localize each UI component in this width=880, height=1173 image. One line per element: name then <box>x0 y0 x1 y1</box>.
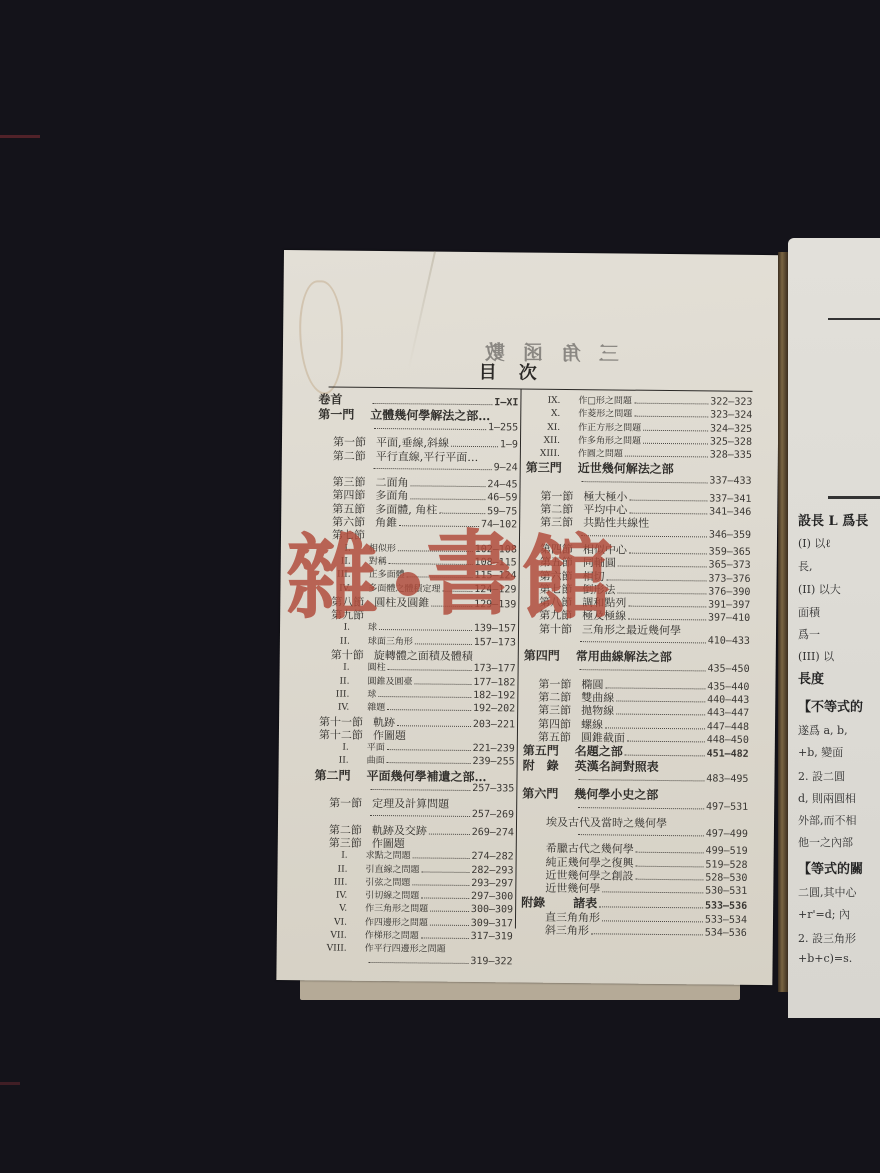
toc-entry-pages: 359—365 <box>709 546 751 557</box>
toc-entry: 第六門幾何學小史之部 <box>522 785 748 802</box>
toc-entry-pages: 519—528 <box>705 859 747 870</box>
toc-entry-title: 圓柱 <box>368 660 386 673</box>
leader-dots <box>431 605 472 606</box>
facing-page-line: (III) 以 <box>798 648 834 664</box>
toc-entry-title: 球 <box>367 687 376 700</box>
toc-entry-title: 作四邊形之問題 <box>365 915 428 929</box>
page-title: 目 次 <box>479 358 539 385</box>
toc-entry-title: 對稱 <box>369 554 387 567</box>
toc-entry-label: II. <box>315 756 349 766</box>
toc-entry-label: 附 錄 <box>523 757 563 774</box>
toc-entry-pages: 443—447 <box>707 708 749 719</box>
toc-entry-label: 第十節 <box>524 620 572 637</box>
background-streak <box>0 135 40 138</box>
toc-entry-title: 圓柱及圓錐 <box>374 594 429 611</box>
leader-dots <box>580 669 706 671</box>
facing-page-line: 【等式的關 <box>798 858 863 877</box>
toc-entry-pages: 139—157 <box>474 623 516 634</box>
leader-dots <box>582 482 708 484</box>
toc-entry-label: V. <box>313 904 347 914</box>
toc-entry-label: VII. <box>313 930 347 940</box>
leader-dots <box>643 429 708 431</box>
leader-dots <box>599 906 703 908</box>
facing-page-line: 遂爲 a, b, <box>798 722 848 738</box>
toc-entry-label: IV. <box>315 703 349 713</box>
toc-entry-label: XI. <box>526 422 560 432</box>
toc-entry-label: 第一門 <box>318 405 358 422</box>
toc-entry: 第三門近世幾何解法之部 <box>526 459 752 476</box>
toc-entry-title: 相似形 <box>369 541 396 554</box>
toc-entry-pages: 309—317 <box>471 918 513 929</box>
toc-entry-title: 曲面 <box>367 753 385 766</box>
toc-entry-pages: 346—359 <box>709 529 751 540</box>
toc-entry: 第四門常用曲線解法之部 <box>524 647 750 664</box>
leader-dots <box>387 749 471 751</box>
toc-entry: V.作三角形之問題300—309 <box>313 901 513 916</box>
toc-entry-title: 斜三角形 <box>545 922 589 938</box>
toc-entry-label: 第十二節 <box>315 726 363 743</box>
toc-column-left: 卷首I—XI第一門立體幾何學解法之部…1—255第一節平面,垂線,斜線1—9第二… <box>312 390 518 969</box>
toc-entry-label: I. <box>314 851 348 861</box>
toc-entry-title: 正多面體 <box>369 567 405 580</box>
toc-entry-pages: 448—450 <box>707 734 749 745</box>
toc-entry-title: 定理及計算問題 <box>372 795 449 812</box>
leader-dots <box>625 456 708 458</box>
toc-entry-pages: 499—519 <box>706 846 748 857</box>
toc-entry: X.作菱形之問題323—324 <box>526 406 752 422</box>
leader-dots <box>374 428 486 430</box>
toc-entry-title: 平行直線,平行平面… <box>376 448 479 465</box>
toc-entry-pages: 257—269 <box>472 809 514 820</box>
toc-entry-label: III. <box>313 877 347 887</box>
toc-entry: III.球182—192 <box>315 686 515 701</box>
toc-entry-pages: 300—309 <box>471 904 513 915</box>
toc-entry-title: 近世幾何解法之部 <box>578 460 674 478</box>
toc-entry-title: 圓錐及圓臺 <box>367 674 412 687</box>
toc-entry: XI.作正方形之問題324—325 <box>526 419 752 435</box>
toc-entry-pages: 239—255 <box>472 756 514 767</box>
leader-dots <box>430 924 469 925</box>
leader-dots <box>429 833 470 834</box>
toc-entry-pages: 323—324 <box>710 410 752 421</box>
facing-page-line: d, 則兩圓相 <box>798 790 856 806</box>
toc-entry: II.引直線之問題282—293 <box>313 861 513 876</box>
toc-entry-label: 第二門 <box>314 766 354 783</box>
toc-entry-label: VIII. <box>313 944 347 954</box>
toc-entry-title: 多面體之體積定理 <box>368 580 440 594</box>
leader-dots <box>625 755 705 757</box>
leader-dots <box>421 898 469 900</box>
toc-page: 三角函數 目 次 卷首I—XI第一門立體幾何學解法之部…1—255第一節平面,垂… <box>276 250 780 985</box>
toc-entry-title: 幾何學小史之部 <box>574 785 658 803</box>
toc-entry-pages: 391—397 <box>708 600 750 611</box>
facing-page-line: 長度 <box>798 668 824 687</box>
leader-dots <box>369 962 469 964</box>
toc-entry-pages: 102—108 <box>475 544 517 555</box>
leader-dots <box>388 669 472 671</box>
toc-entry-pages: 182—192 <box>473 690 515 701</box>
toc-entry-pages: 451—482 <box>707 749 749 760</box>
toc-entry-label: 第七節 <box>317 527 365 544</box>
toc-entry-pages: 46—59 <box>487 493 517 504</box>
toc-entry-pages: 528—530 <box>705 872 747 883</box>
toc-entry-label: I. <box>315 742 349 752</box>
leader-dots <box>430 911 469 912</box>
leader-dots <box>370 815 470 817</box>
facing-page-line: +r'=d; 內 <box>798 906 850 922</box>
toc-entry-pages: 497—499 <box>706 828 748 839</box>
leader-dots <box>421 937 469 939</box>
toc-entry-title: 雜題 <box>367 700 385 713</box>
toc-entry: VI.作四邊形之問題309—317 <box>313 914 513 929</box>
leader-dots <box>398 550 473 552</box>
toc-entry-pages: 282—293 <box>471 864 513 875</box>
toc-entry-pages: 297—300 <box>471 891 513 902</box>
toc-entry-pages: 483—495 <box>706 774 748 785</box>
toc-entry-label: 第六門 <box>522 785 562 802</box>
leader-dots <box>370 789 470 791</box>
toc-entry-pages: 177—182 <box>473 677 515 688</box>
toc-entry: IV.引切線之問題297—300 <box>313 887 513 902</box>
toc-entry-title: 英漢名詞對照表 <box>575 757 659 775</box>
toc-entry-pages: 337—341 <box>709 493 751 504</box>
toc-entry-label: II. <box>316 636 350 646</box>
toc-entry-pages: 157—173 <box>474 637 516 648</box>
toc-entry-pages: 1—9 <box>500 440 518 451</box>
leader-dots <box>387 709 471 711</box>
leader-dots <box>378 696 471 698</box>
toc-entry-label: I. <box>316 663 350 673</box>
leader-dots <box>372 403 492 405</box>
toc-entry-pages: 325—328 <box>710 436 752 447</box>
toc-entry: VIII.作平行四邊形之問題 <box>313 941 513 956</box>
toc-entry: IX.作□形之問題322—323 <box>526 393 752 409</box>
toc-entry-label: 第二節 <box>318 447 366 464</box>
toc-entry-pages: 435—440 <box>707 681 749 692</box>
toc-entry-pages: 533—536 <box>705 900 747 911</box>
leader-dots <box>578 808 704 810</box>
facing-page-line: (II) 以大 <box>798 581 841 597</box>
toc-entry-title: 引切線之問題 <box>365 888 419 902</box>
toc-entry-title: 常用曲線解法之部 <box>576 647 672 665</box>
toc-entry-label: XII. <box>526 435 560 445</box>
leader-dots <box>414 683 471 685</box>
leader-dots <box>580 641 706 643</box>
leader-dots <box>415 643 472 645</box>
toc-entry-title: 作三角形之問題 <box>365 901 428 915</box>
toc-entry: 第二節平行直線,平行平面… <box>318 447 518 462</box>
leader-dots <box>634 416 708 418</box>
facing-page-line: 【不等式的 <box>798 696 863 715</box>
toc-entry-label: 第九節 <box>316 607 364 624</box>
toc-entry: 埃及古代及當時之幾何學 <box>522 813 748 829</box>
facing-page-line: 面積 <box>798 604 820 620</box>
toc-entry-label: 第一節 <box>314 794 362 811</box>
toc-entry-pages: 1—255 <box>488 422 518 433</box>
toc-entry-title: 埃及古代及當時之幾何學 <box>546 813 667 830</box>
toc-entry: 319—322 <box>312 954 512 969</box>
facing-page: 設長 L 爲長(I) 以ℓ長,(II) 以大面積爲一(III) 以長度【不等式的… <box>788 238 880 1018</box>
toc-entry-title: 球面三角形 <box>368 634 413 647</box>
toc-entry-label: III. <box>315 689 349 699</box>
facing-page-line: (I) 以ℓ <box>798 535 831 551</box>
toc-entry-label: II. <box>315 676 349 686</box>
toc-entry-label: II. <box>317 556 351 566</box>
toc-entry-pages: 376—390 <box>708 586 750 597</box>
toc-entry-label: 第三節 <box>314 834 362 851</box>
leader-dots <box>407 577 473 579</box>
toc-entry-title: 共點性共線性 <box>583 515 649 532</box>
toc-entry-label: XIII. <box>526 449 560 459</box>
book-spine <box>778 252 788 992</box>
toc-entry-label: III. <box>317 570 351 580</box>
toc-entry: 第十節旋轉體之面積及體積 <box>316 646 516 661</box>
toc-entry: XII.作多角形之問題325—328 <box>526 432 752 448</box>
rule <box>828 496 880 499</box>
water-stain <box>298 280 343 394</box>
toc-entry-pages: 497—531 <box>706 802 748 813</box>
toc-entry-label: 第三門 <box>526 459 566 476</box>
facing-page-line: +b+c)=s. <box>798 952 852 965</box>
facing-page-line: 長, <box>798 558 813 574</box>
facing-page-line: 外部,而不相 <box>798 812 857 828</box>
toc-entry-label: IV. <box>313 890 347 900</box>
leader-dots <box>581 535 707 537</box>
toc-entry: VII.作梯形之問題317—319 <box>313 927 513 942</box>
toc-entry-pages: 115—124 <box>474 570 516 581</box>
toc-entry-title: 作梯形之問題 <box>365 928 419 942</box>
toc-entry-label: VI. <box>313 917 347 927</box>
toc-entry-title: 作正方形之問題 <box>578 420 641 434</box>
toc-entry-pages: 337—433 <box>709 476 751 487</box>
page-crease <box>408 251 436 369</box>
toc-entry-pages: 328—335 <box>710 450 752 461</box>
toc-entry-label: 第三節 <box>525 514 573 531</box>
toc-entry-title: 作菱形之問題 <box>578 406 632 420</box>
toc-entry-pages: 24—45 <box>487 479 517 490</box>
leader-dots <box>422 871 470 873</box>
toc-entry-title: 三角形之最近幾何學 <box>582 621 681 638</box>
toc-entry: II.對稱108—115 <box>317 553 517 568</box>
background-streak <box>0 1082 20 1085</box>
toc-entry-pages: 129—139 <box>474 599 516 610</box>
leader-dots <box>451 446 498 447</box>
facing-page-line: 2. 設二圓 <box>798 768 845 784</box>
toc-entry-pages: 74—102 <box>481 519 517 530</box>
toc-entry-pages: 203—221 <box>473 719 515 730</box>
leader-dots <box>634 403 708 405</box>
toc-entry-label: X. <box>526 409 560 419</box>
toc-entry-title: 作多角形之問題 <box>578 433 641 447</box>
toc-entry-label: 第四門 <box>524 647 564 664</box>
toc-entry-pages: 410—433 <box>708 636 750 647</box>
toc-entry-pages: 124—129 <box>474 584 516 595</box>
toc-entry-title: 平面 <box>367 740 385 753</box>
leader-dots <box>578 834 704 836</box>
toc-entry-pages: 447—448 <box>707 721 749 732</box>
toc-entry: 第一門立體幾何學解法之部… <box>318 405 518 422</box>
toc-entry-pages: 530—531 <box>705 886 747 897</box>
toc-entry-title: 立體幾何學解法之部… <box>370 406 490 424</box>
toc-entry-label: II. <box>313 864 347 874</box>
toc-entry-pages: 341—346 <box>709 507 751 518</box>
toc-entry: III.引弦之問題293—297 <box>313 874 513 889</box>
toc-entry-pages: 533—534 <box>705 914 747 925</box>
toc-entry-title: 平面幾何學補遺之部… <box>366 767 486 785</box>
toc-entry-title: 作平行四邊形之問題 <box>365 941 446 955</box>
toc-entry-pages: 173—177 <box>473 663 515 674</box>
toc-entry-pages: 274—282 <box>471 851 513 862</box>
toc-entry-pages: 108—115 <box>475 557 517 568</box>
toc-entry-pages: 319—322 <box>470 956 512 967</box>
toc-entry-label: I. <box>316 623 350 633</box>
toc-entry: 第一節定理及計算問題 <box>314 794 514 809</box>
toc-entry: III.正多面體115—124 <box>317 567 517 582</box>
facing-page-line: 他一之內部 <box>798 834 853 850</box>
facing-page-line: 爲一 <box>798 626 820 642</box>
toc-entry-pages: 397—410 <box>708 613 750 624</box>
toc-entry-pages: 293—297 <box>471 878 513 889</box>
toc-entry-pages: 9—24 <box>494 462 518 473</box>
toc-entry-title: 作□形之問題 <box>578 393 632 407</box>
facing-page-line: 二圓,其中心 <box>798 884 857 900</box>
toc-entry-title: 角錐 <box>375 514 397 530</box>
toc-entry-pages: 324—325 <box>710 423 752 434</box>
leader-dots <box>442 590 472 591</box>
toc-entry: II.圓錐及圓臺177—182 <box>315 673 515 688</box>
toc-entry-pages: 192—202 <box>473 703 515 714</box>
toc-entry-pages: 317—319 <box>471 931 513 942</box>
leader-dots <box>439 512 485 513</box>
toc-entry-pages: 534—536 <box>705 927 747 938</box>
toc-entry-pages: 373—376 <box>708 573 750 584</box>
leader-dots <box>591 933 703 935</box>
toc-entry-label: IX. <box>526 396 560 406</box>
facing-page-line: 設長 L 爲長 <box>798 510 868 529</box>
toc-entry-pages: 221—239 <box>473 743 515 754</box>
toc-entry-title: 旋轉體之面積及體積 <box>374 647 473 664</box>
toc-entry-label: 第十節 <box>316 646 364 663</box>
toc-entry-pages: 257—335 <box>472 783 514 794</box>
toc-entry-pages: I—XI <box>494 397 518 408</box>
toc-entry-title: 引弦之問題 <box>365 875 410 888</box>
facing-page-line: +b, 變面 <box>798 744 843 760</box>
leader-dots <box>374 468 492 470</box>
leader-dots <box>643 443 708 445</box>
leader-dots <box>412 884 469 886</box>
toc-entry: 第二門平面幾何學補遺之部… <box>314 766 514 783</box>
toc-entry-pages: 365—373 <box>709 560 751 571</box>
toc-entry-title: 作圓之問題 <box>578 446 623 459</box>
leader-dots <box>387 763 471 765</box>
toc-entry-title: 引直線之問題 <box>365 861 419 875</box>
toc-entry-pages: 322—323 <box>710 396 752 407</box>
toc-entry-title: 球 <box>368 620 377 633</box>
leader-dots <box>379 629 472 631</box>
toc-entry-pages: 59—75 <box>487 506 517 517</box>
leader-dots <box>413 858 470 860</box>
rule <box>828 318 880 320</box>
toc-entry-pages: 269—274 <box>472 827 514 838</box>
toc-entry-label: IV. <box>316 583 350 593</box>
leader-dots <box>578 779 704 781</box>
toc-entry-pages: 440—443 <box>707 694 749 705</box>
toc-entry-pages: 435—450 <box>707 664 749 675</box>
facing-page-line: 2. 設三角形 <box>798 930 856 946</box>
leader-dots <box>389 563 473 565</box>
toc-entry-title: 求點之問題 <box>366 848 411 861</box>
toc-entry-label: I. <box>317 543 351 553</box>
toc-column-right: IX.作□形之問題322—323X.作菱形之問題323—324XI.作正方形之問… <box>521 393 753 937</box>
